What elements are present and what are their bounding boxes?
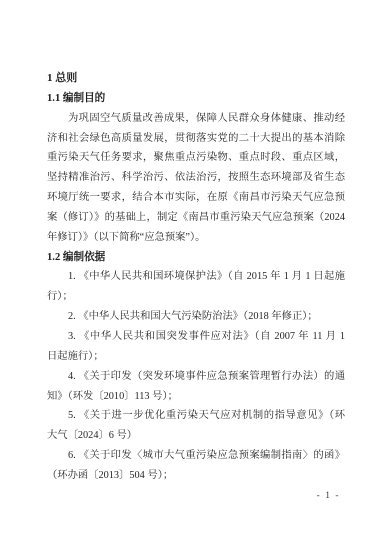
list-item-5-line: 大气〔2024〕6 号）: [47, 426, 345, 446]
document-page: 1 总则1.1 编制目的为巩固空气质量改善成果，保障人民群众身体健康、推动经济和…: [0, 0, 390, 551]
heading-section-1: 1 总则: [47, 69, 345, 89]
list-item-1-line: 1. 《中华人民共和国环境保护法》（自 2015 年 1 月 1 日起施: [47, 267, 345, 287]
list-item-5-line: 5. 《关于进一步优化重污染天气应对机制的指导意见》（环: [47, 406, 345, 426]
page-number: - 1 -: [317, 491, 340, 501]
body-line: 济和社会绿色高质量发展，贯彻落实党的二十大提出的基本消除: [47, 129, 345, 149]
body-line: 坚持精准治污、科学治污、依法治污，按照生态环境部及省生态: [47, 168, 345, 188]
list-item-3-line: 3. 《中华人民共和国突发事件应对法》（自 2007 年 11 月 1: [47, 327, 345, 347]
list-item-1-line: 行）；: [47, 287, 345, 307]
body-line: 年修订）》（以下简称“应急预案”）。: [47, 228, 345, 248]
list-item-3-line: 日起施行）；: [47, 347, 345, 367]
list-item-4-line: 4. 《关于印发（突发环境事件应急预案管理暂行办法）的通: [47, 367, 345, 387]
list-item-2-line: 2. 《中华人民共和国大气污染防治法》（2018 年修正）；: [47, 307, 345, 327]
heading-section-1-1: 1.1 编制目的: [47, 89, 345, 109]
body-line: 案（修订）》的基础上，制定《南昌市重污染天气应急预案（2024: [47, 208, 345, 228]
document-body: 1 总则1.1 编制目的为巩固空气质量改善成果，保障人民群众身体健康、推动经济和…: [47, 69, 345, 486]
list-item-6-line: 6. 《关于印发〈城市大气重污染应急预案编制指南〉的函》: [47, 446, 345, 466]
body-line: 重污染天气任务要求，聚焦重点污染物、重点时段、重点区域，: [47, 148, 345, 168]
list-item-6-line: （环办函〔2013〕504 号）；: [47, 466, 345, 486]
heading-section-1-2: 1.2 编制依据: [47, 248, 345, 268]
body-line: 环境厅统一要求，结合本市实际，在原《南昌市污染天气应急预: [47, 188, 345, 208]
body-line: 为巩固空气质量改善成果，保障人民群众身体健康、推动经: [47, 109, 345, 129]
list-item-4-line: 知》（环发〔2010〕113 号）；: [47, 387, 345, 407]
